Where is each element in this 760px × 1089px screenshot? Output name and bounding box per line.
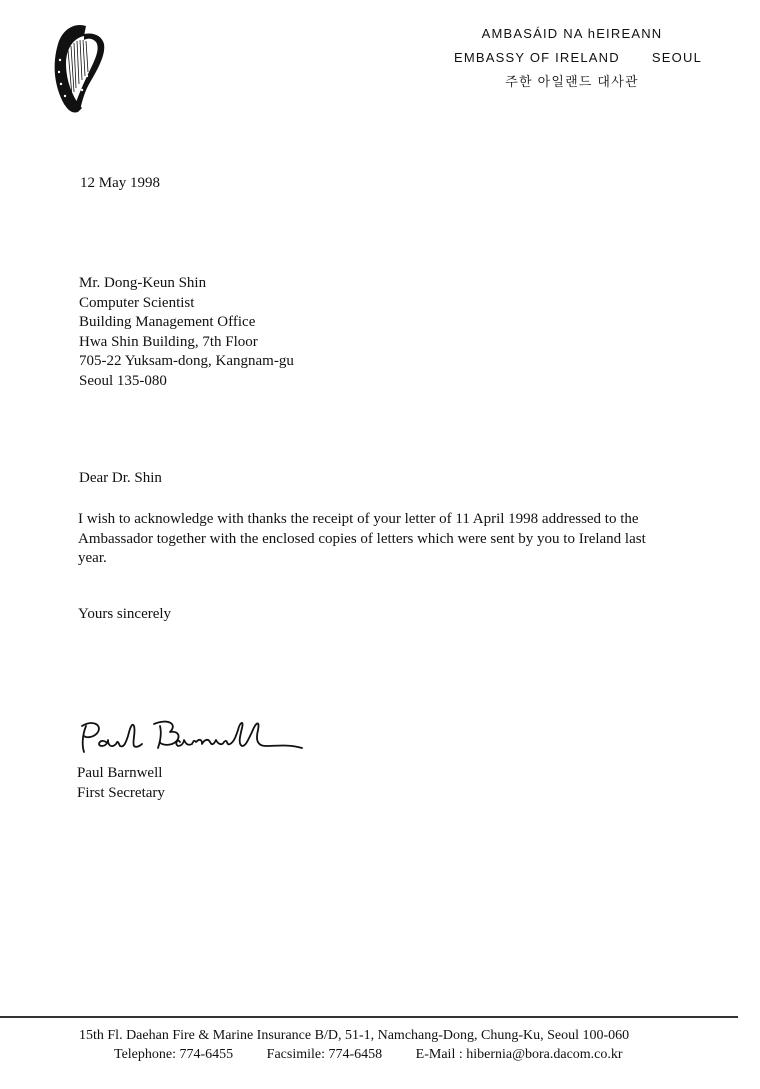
letterhead-korean-name: 주한 아일랜드 대사관: [442, 70, 702, 94]
letterhead-irish-name: AMBASÁID NA hEIREANN: [442, 22, 702, 46]
footer-address: 15th Fl. Daehan Fire & Marine Insurance …: [79, 1028, 629, 1044]
closing: Yours sincerely: [78, 606, 171, 623]
embassy-letterhead: AMBASÁID NA hEIREANN EMBASSY OF IRELAND …: [442, 22, 702, 94]
recipient-line: Computer Scientist: [79, 294, 294, 314]
letter-date: 12 May 1998: [80, 175, 160, 192]
letter-body: I wish to acknowledge with thanks the re…: [78, 510, 678, 569]
handwritten-signature-icon: [76, 712, 306, 762]
signer-title: First Secretary: [77, 784, 165, 804]
recipient-line: 705-22 Yuksam-dong, Kangnam-gu: [79, 352, 294, 372]
footer-telephone: Telephone: 774-6455: [114, 1047, 233, 1063]
footer-email: E-Mail : hibernia@bora.dacom.co.kr: [416, 1047, 623, 1063]
letterhead-embassy: EMBASSY OF IRELAND: [454, 46, 620, 70]
harp-crest-icon: [44, 20, 110, 118]
recipient-line: Seoul 135-080: [79, 372, 294, 392]
footer-contacts: Telephone: 774-6455 Facsimile: 774-6458 …: [114, 1047, 623, 1063]
salutation: Dear Dr. Shin: [79, 470, 162, 487]
letterhead-city: SEOUL: [652, 46, 702, 70]
signer-block: Paul Barnwell First Secretary: [77, 764, 165, 803]
signer-name: Paul Barnwell: [77, 764, 165, 784]
recipient-line: Hwa Shin Building, 7th Floor: [79, 333, 294, 353]
letterhead-english-name: EMBASSY OF IRELAND SEOUL: [442, 46, 702, 70]
recipient-address: Mr. Dong-Keun Shin Computer Scientist Bu…: [79, 274, 294, 392]
recipient-line: Building Management Office: [79, 313, 294, 333]
recipient-line: Mr. Dong-Keun Shin: [79, 274, 294, 294]
footer-facsimile: Facsimile: 774-6458: [267, 1047, 383, 1063]
footer-divider: [0, 1016, 738, 1018]
